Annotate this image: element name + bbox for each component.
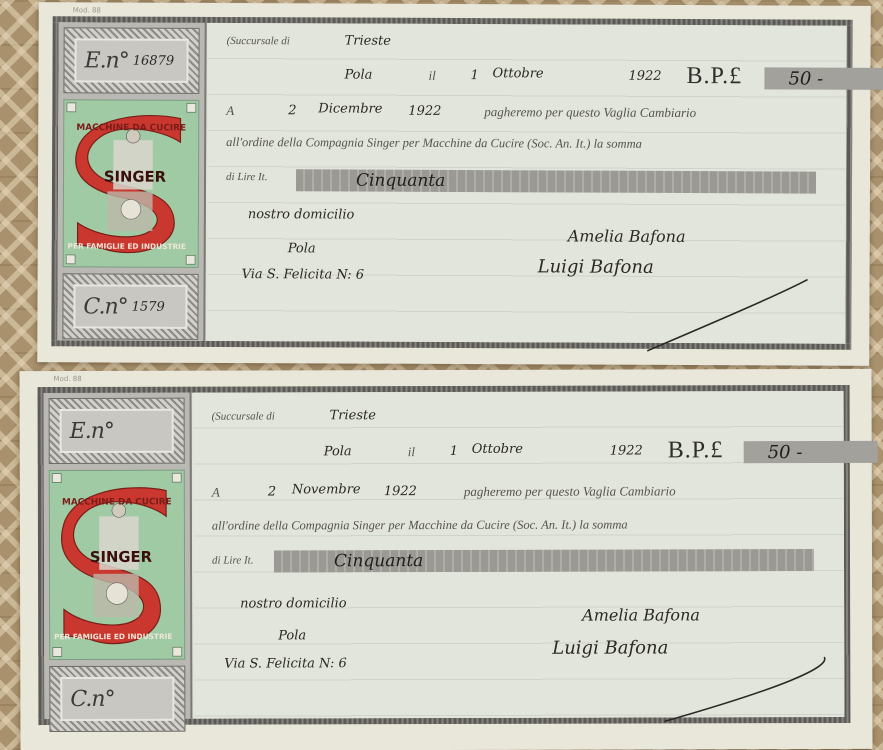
issue-place: Pola <box>344 68 372 83</box>
order-text: all'ordine della Compagnia Singer per Ma… <box>212 518 628 534</box>
issue-month: Ottobre <box>472 442 523 457</box>
issue-day: 1 <box>450 444 458 459</box>
note-body: (Succursale di Trieste Pola il 1 Ottobre… <box>194 391 845 719</box>
amount-box: 50 - <box>744 441 878 463</box>
note-body: (Succursale di Trieste Pola il 1 Ottobre… <box>207 23 846 344</box>
branch-value: Trieste <box>345 34 391 49</box>
svg-text:SINGER: SINGER <box>90 549 153 566</box>
signature-2: Luigi Bafona <box>552 637 668 658</box>
branch-label: (Succursale di <box>227 35 290 47</box>
address-street: Via S. Felicita N: 6 <box>224 656 347 671</box>
issue-day: 1 <box>470 68 478 83</box>
amount-words-box: Cinquanta <box>296 169 816 193</box>
due-day: 2 <box>288 103 296 118</box>
lire-label: di Lire It. <box>212 555 254 567</box>
stub-top-number-box: E.n° <box>49 398 185 464</box>
currency-label: B.P.£ <box>686 63 742 90</box>
issue-month: Ottobre <box>492 66 543 81</box>
stub-bottom-prefix: C.n° <box>83 294 127 319</box>
svg-text:PER FAMIGLIE ED INDUSTRIE: PER FAMIGLIE ED INDUSTRIE <box>68 242 186 252</box>
stub-top-number: 16879 <box>133 53 174 68</box>
singer-s-emblem-icon: MACCHINE DA CUCIRE SINGER PER FAMIGLIE E… <box>64 100 199 267</box>
model-label: Mod. 88 <box>73 6 101 14</box>
lire-label: di Lire It. <box>226 171 268 183</box>
pay-text: pagheremo per questo Vaglia Cambiario <box>464 483 676 500</box>
svg-text:MACCHINE DA CUCIRE: MACCHINE DA CUCIRE <box>62 497 172 507</box>
issue-year: 1922 <box>628 69 661 84</box>
domicile-label: nostro domicilio <box>248 207 355 222</box>
branch-value: Trieste <box>330 408 376 423</box>
svg-text:MACCHINE DA CUCIRE: MACCHINE DA CUCIRE <box>76 123 186 133</box>
signature-1: Amelia Bafona <box>582 605 700 624</box>
signature-flourish-icon <box>627 275 827 356</box>
stub-bottom-number-box: C.n° 1579 <box>62 273 198 340</box>
stub-bottom-prefix: C.n° <box>70 686 114 711</box>
due-month: Novembre <box>292 482 361 497</box>
amount-words-box: Cinquanta <box>274 549 814 572</box>
issue-place: Pola <box>324 444 352 459</box>
due-year: 1922 <box>384 484 417 499</box>
stub-bottom-number: 1579 <box>132 299 165 314</box>
branch-label: (Succursale di <box>212 410 275 422</box>
due-year: 1922 <box>408 104 441 119</box>
address-city: Pola <box>288 241 316 256</box>
order-text: all'ordine della Compagnia Singer per Ma… <box>226 135 642 152</box>
signature-flourish-icon <box>654 647 854 728</box>
issue-year: 1922 <box>610 443 643 458</box>
svg-text:SINGER: SINGER <box>104 168 167 185</box>
address-city: Pola <box>278 628 306 643</box>
stub-top-prefix: E.n° <box>70 418 114 443</box>
stub-column: E.n° 16879 MACCHINE DA CUCIRE SINGER PER… <box>57 22 206 341</box>
pay-text: pagheremo per questo Vaglia Cambiario <box>484 104 696 121</box>
promissory-note-2: Mod. 88 E.n° MACCHINE DA CUCIRE SINGER <box>20 369 873 750</box>
svg-text:PER FAMIGLIE ED INDUSTRIE: PER FAMIGLIE ED INDUSTRIE <box>54 632 172 641</box>
stub-bottom-number-box: C.n° <box>49 666 185 732</box>
model-label: Mod. 88 <box>54 375 82 383</box>
due-month: Dicembre <box>318 101 382 116</box>
currency-label: B.P.£ <box>668 437 724 464</box>
due-prefix: A <box>226 103 234 119</box>
due-day: 2 <box>268 484 276 499</box>
singer-logo: MACCHINE DA CUCIRE SINGER PER FAMIGLIE E… <box>49 470 185 660</box>
signature-1: Amelia Bafona <box>568 226 686 246</box>
amount-words: Cinquanta <box>334 551 423 571</box>
singer-s-emblem-icon: MACCHINE DA CUCIRE SINGER PER FAMIGLIE E… <box>50 471 184 659</box>
amount-words: Cinquanta <box>356 171 445 191</box>
singer-logo: MACCHINE DA CUCIRE SINGER PER FAMIGLIE E… <box>63 99 200 268</box>
domicile-label: nostro domicilio <box>240 596 347 611</box>
promissory-note-1: Mod. 88 E.n° 16879 MACCHINE DA CUCIRE SI <box>37 2 871 366</box>
amount-value: 50 - <box>788 68 823 89</box>
note-frame: E.n° MACCHINE DA CUCIRE SINGER PER FAMIG… <box>38 385 851 725</box>
amount-box: 50 - <box>764 67 883 90</box>
stub-top-prefix: E.n° <box>84 48 128 73</box>
stub-column: E.n° MACCHINE DA CUCIRE SINGER PER FAMIG… <box>44 393 193 719</box>
issue-il: il <box>408 444 415 460</box>
address-street: Via S. Felicita N: 6 <box>242 267 365 283</box>
stub-top-number-box: E.n° 16879 <box>63 27 199 94</box>
note-frame: E.n° 16879 MACCHINE DA CUCIRE SINGER PER… <box>51 16 852 349</box>
amount-value: 50 - <box>768 442 803 463</box>
due-prefix: A <box>212 485 220 501</box>
issue-il: il <box>428 68 435 84</box>
